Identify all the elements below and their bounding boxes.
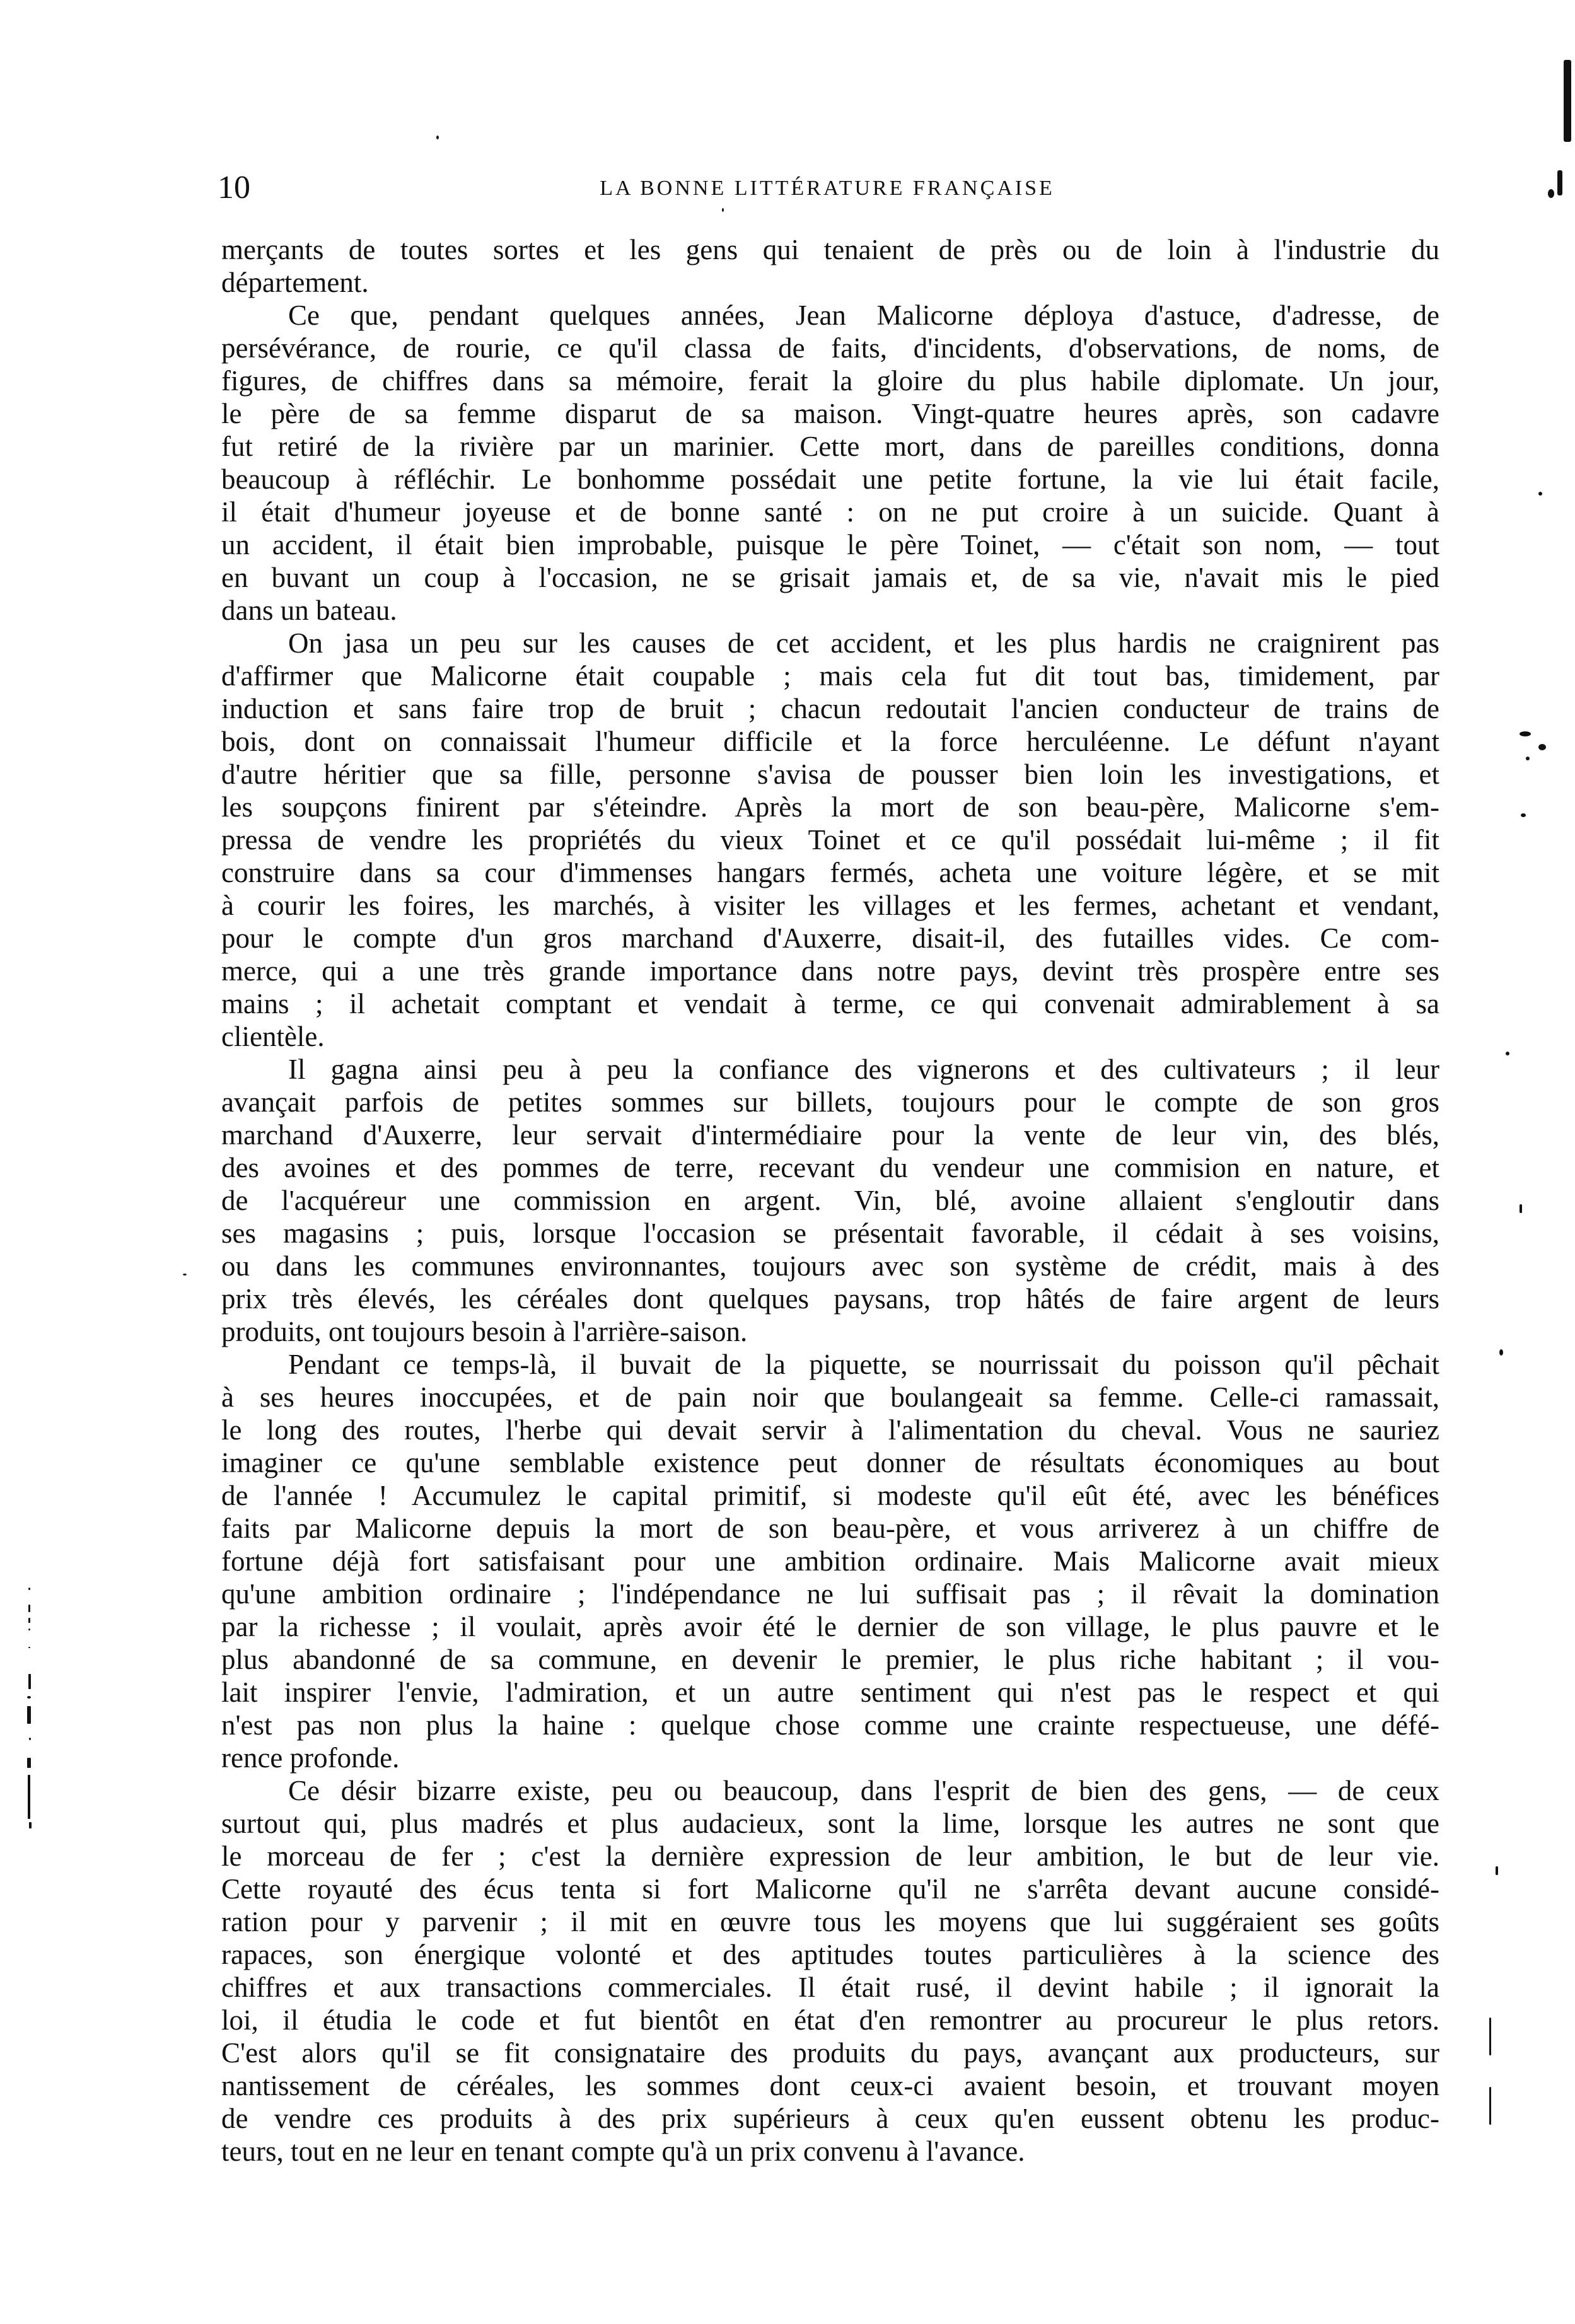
right-edge-speck	[1506, 1052, 1509, 1055]
left-margin-speck	[28, 1588, 30, 1590]
left-speck	[183, 1274, 187, 1275]
paragraph: Ce désir bizarre existe, peu ou beaucoup…	[221, 1774, 1439, 2168]
text-line: dans un bateau.	[221, 594, 1439, 627]
text-line: il était d'humeur joyeuse et de bonne sa…	[221, 496, 1439, 528]
text-line: fut retiré de la rivière par un marinier…	[221, 430, 1439, 463]
text-line: rence profonde.	[221, 1741, 1439, 1774]
left-margin-speck	[28, 1647, 30, 1648]
right-edge-smudge	[1564, 60, 1571, 142]
text-line: beaucoup à réfléchir. Le bonhomme posséd…	[221, 463, 1439, 496]
right-edge-speck	[1520, 1204, 1522, 1213]
text-line: marchand d'Auxerre, leur servait d'inter…	[221, 1118, 1439, 1151]
text-line: de l'année ! Accumulez le capital primit…	[221, 1479, 1439, 1512]
text-line: de l'acquéreur une commission en argent.…	[221, 1184, 1439, 1217]
text-line: surtout qui, plus madrés et plus audacie…	[221, 1807, 1439, 1840]
right-edge-speck	[1489, 2087, 1491, 2125]
text-line: un accident, il était bien improbable, p…	[221, 528, 1439, 561]
right-edge-speck	[1526, 757, 1530, 760]
text-line: le long des routes, l'herbe qui devait s…	[221, 1414, 1439, 1446]
text-line: à ses heures inoccupées, et de pain noir…	[221, 1381, 1439, 1414]
text-line: à courir les foires, les marchés, à visi…	[221, 889, 1439, 922]
text-line: qu'une ambition ordinaire ; l'indépendan…	[221, 1577, 1439, 1610]
right-edge-speck	[1499, 1349, 1503, 1356]
text-line: ration pour y parvenir ; il mit en œuvre…	[221, 1905, 1439, 1938]
text-line: mains ; il achetait comptant et vendait …	[221, 987, 1439, 1020]
text-line: nantissement de céréales, les sommes don…	[221, 2069, 1439, 2102]
text-line: Cette royauté des écus tenta si fort Mal…	[221, 1873, 1439, 1905]
left-margin-speck	[27, 1758, 31, 1768]
text-line: prix très élevés, les céréales dont quel…	[221, 1282, 1439, 1315]
left-margin-speck	[28, 1629, 30, 1630]
paragraph: Il gagna ainsi peu à peu la confiance de…	[221, 1053, 1439, 1348]
text-line: construire dans sa cour d'immenses hanga…	[221, 856, 1439, 889]
text-line: Il gagna ainsi peu à peu la confiance de…	[221, 1053, 1439, 1086]
text-line: produits, ont toujours besoin à l'arrièr…	[221, 1315, 1439, 1348]
text-line: persévérance, de rourie, ce qu'il classa…	[221, 332, 1439, 364]
text-line: induction et sans faire trop de bruit ; …	[221, 692, 1439, 725]
text-line: C'est alors qu'il se fit consignataire d…	[221, 2036, 1439, 2069]
left-margin-speck	[28, 1775, 30, 1819]
left-margin-speck	[27, 1706, 31, 1724]
left-margin-speck	[27, 1696, 31, 1699]
text-line: le père de sa femme disparut de sa maiso…	[221, 397, 1439, 430]
text-line: On jasa un peu sur les causes de cet acc…	[221, 627, 1439, 659]
text-line: de vendre ces produits à des prix supéri…	[221, 2102, 1439, 2135]
text-line: ou dans les communes environnantes, touj…	[221, 1250, 1439, 1282]
right-edge-speck	[1520, 731, 1531, 736]
text-line: Ce que, pendant quelques années, Jean Ma…	[221, 299, 1439, 332]
text-line: d'autre héritier que sa fille, personne …	[221, 758, 1439, 791]
paragraph: Pendant ce temps-là, il buvait de la piq…	[221, 1348, 1439, 1774]
text-line: le morceau de fer ; c'est la dernière ex…	[221, 1840, 1439, 1873]
text-line: loi, il étudia le code et fut bientôt en…	[221, 2004, 1439, 2036]
running-title: LA BONNE LITTÉRATURE FRANÇAISE	[575, 177, 1079, 200]
text-line: n'est pas non plus la haine : quelque ch…	[221, 1709, 1439, 1741]
text-line: figures, de chiffres dans sa mémoire, fe…	[221, 364, 1439, 397]
text-line: d'affirmer que Malicorne était coupable …	[221, 659, 1439, 692]
text-line: rapaces, son énergique volonté et des ap…	[221, 1938, 1439, 1971]
text-line: pressa de vendre les propriétés du vieux…	[221, 823, 1439, 856]
left-margin-speck	[29, 1738, 31, 1740]
text-line: merçants de toutes sortes et les gens qu…	[221, 233, 1439, 266]
top-speck	[436, 136, 439, 139]
paragraph: Ce que, pendant quelques années, Jean Ma…	[221, 299, 1439, 627]
left-margin-speck	[29, 1822, 32, 1828]
text-line: département.	[221, 266, 1439, 299]
right-edge-speck	[1521, 813, 1526, 817]
text-line: par la richesse ; il voulait, après avoi…	[221, 1610, 1439, 1643]
right-edge-speck	[1538, 744, 1546, 750]
book-page: 10 LA BONNE LITTÉRATURE FRANÇAISE merçan…	[0, 0, 1575, 2324]
text-line: faits par Malicorne depuis la mort de so…	[221, 1512, 1439, 1545]
text-line: lait inspirer l'envie, l'admiration, et …	[221, 1676, 1439, 1709]
left-margin-speck	[28, 1605, 30, 1612]
text-line: ses magasins ; puis, lorsque l'occasion …	[221, 1217, 1439, 1250]
text-line: chiffres et aux transactions commerciale…	[221, 1971, 1439, 2004]
text-line: les soupçons finirent par s'éteindre. Ap…	[221, 791, 1439, 823]
paragraph: merçants de toutes sortes et les gens qu…	[221, 233, 1439, 299]
left-margin-speck	[28, 1618, 30, 1623]
right-edge-speck	[1489, 2018, 1491, 2055]
text-line: Ce désir bizarre existe, peu ou beaucoup…	[221, 1774, 1439, 1807]
text-line: des avoines et des pommes de terre, rece…	[221, 1151, 1439, 1184]
text-line: fortune déjà fort satisfaisant pour une …	[221, 1545, 1439, 1577]
paragraph: On jasa un peu sur les causes de cet acc…	[221, 627, 1439, 1053]
text-line: en buvant un coup à l'occasion, ne se gr…	[221, 561, 1439, 594]
text-line: bois, dont on connaissait l'humeur diffi…	[221, 725, 1439, 758]
text-line: pour le compte d'un gros marchand d'Auxe…	[221, 922, 1439, 955]
right-edge-speck	[1548, 189, 1554, 198]
text-line: imaginer ce qu'une semblable existence p…	[221, 1446, 1439, 1479]
page-number: 10	[218, 169, 250, 206]
left-margin-speck	[28, 1674, 31, 1689]
right-edge-speck	[1538, 492, 1542, 496]
right-edge-speck	[1496, 1866, 1498, 1875]
text-line: clientèle.	[221, 1020, 1439, 1053]
body-text: merçants de toutes sortes et les gens qu…	[221, 233, 1439, 2168]
top-speck	[722, 208, 724, 212]
text-line: plus abandonné de sa commune, en devenir…	[221, 1643, 1439, 1676]
text-line: Pendant ce temps-là, il buvait de la piq…	[221, 1348, 1439, 1381]
text-line: teurs, tout en ne leur en tenant compte …	[221, 2135, 1439, 2168]
text-line: avançait parfois de petites sommes sur b…	[221, 1086, 1439, 1118]
right-edge-speck	[1557, 170, 1562, 195]
text-line: merce, qui a une très grande importance …	[221, 955, 1439, 987]
